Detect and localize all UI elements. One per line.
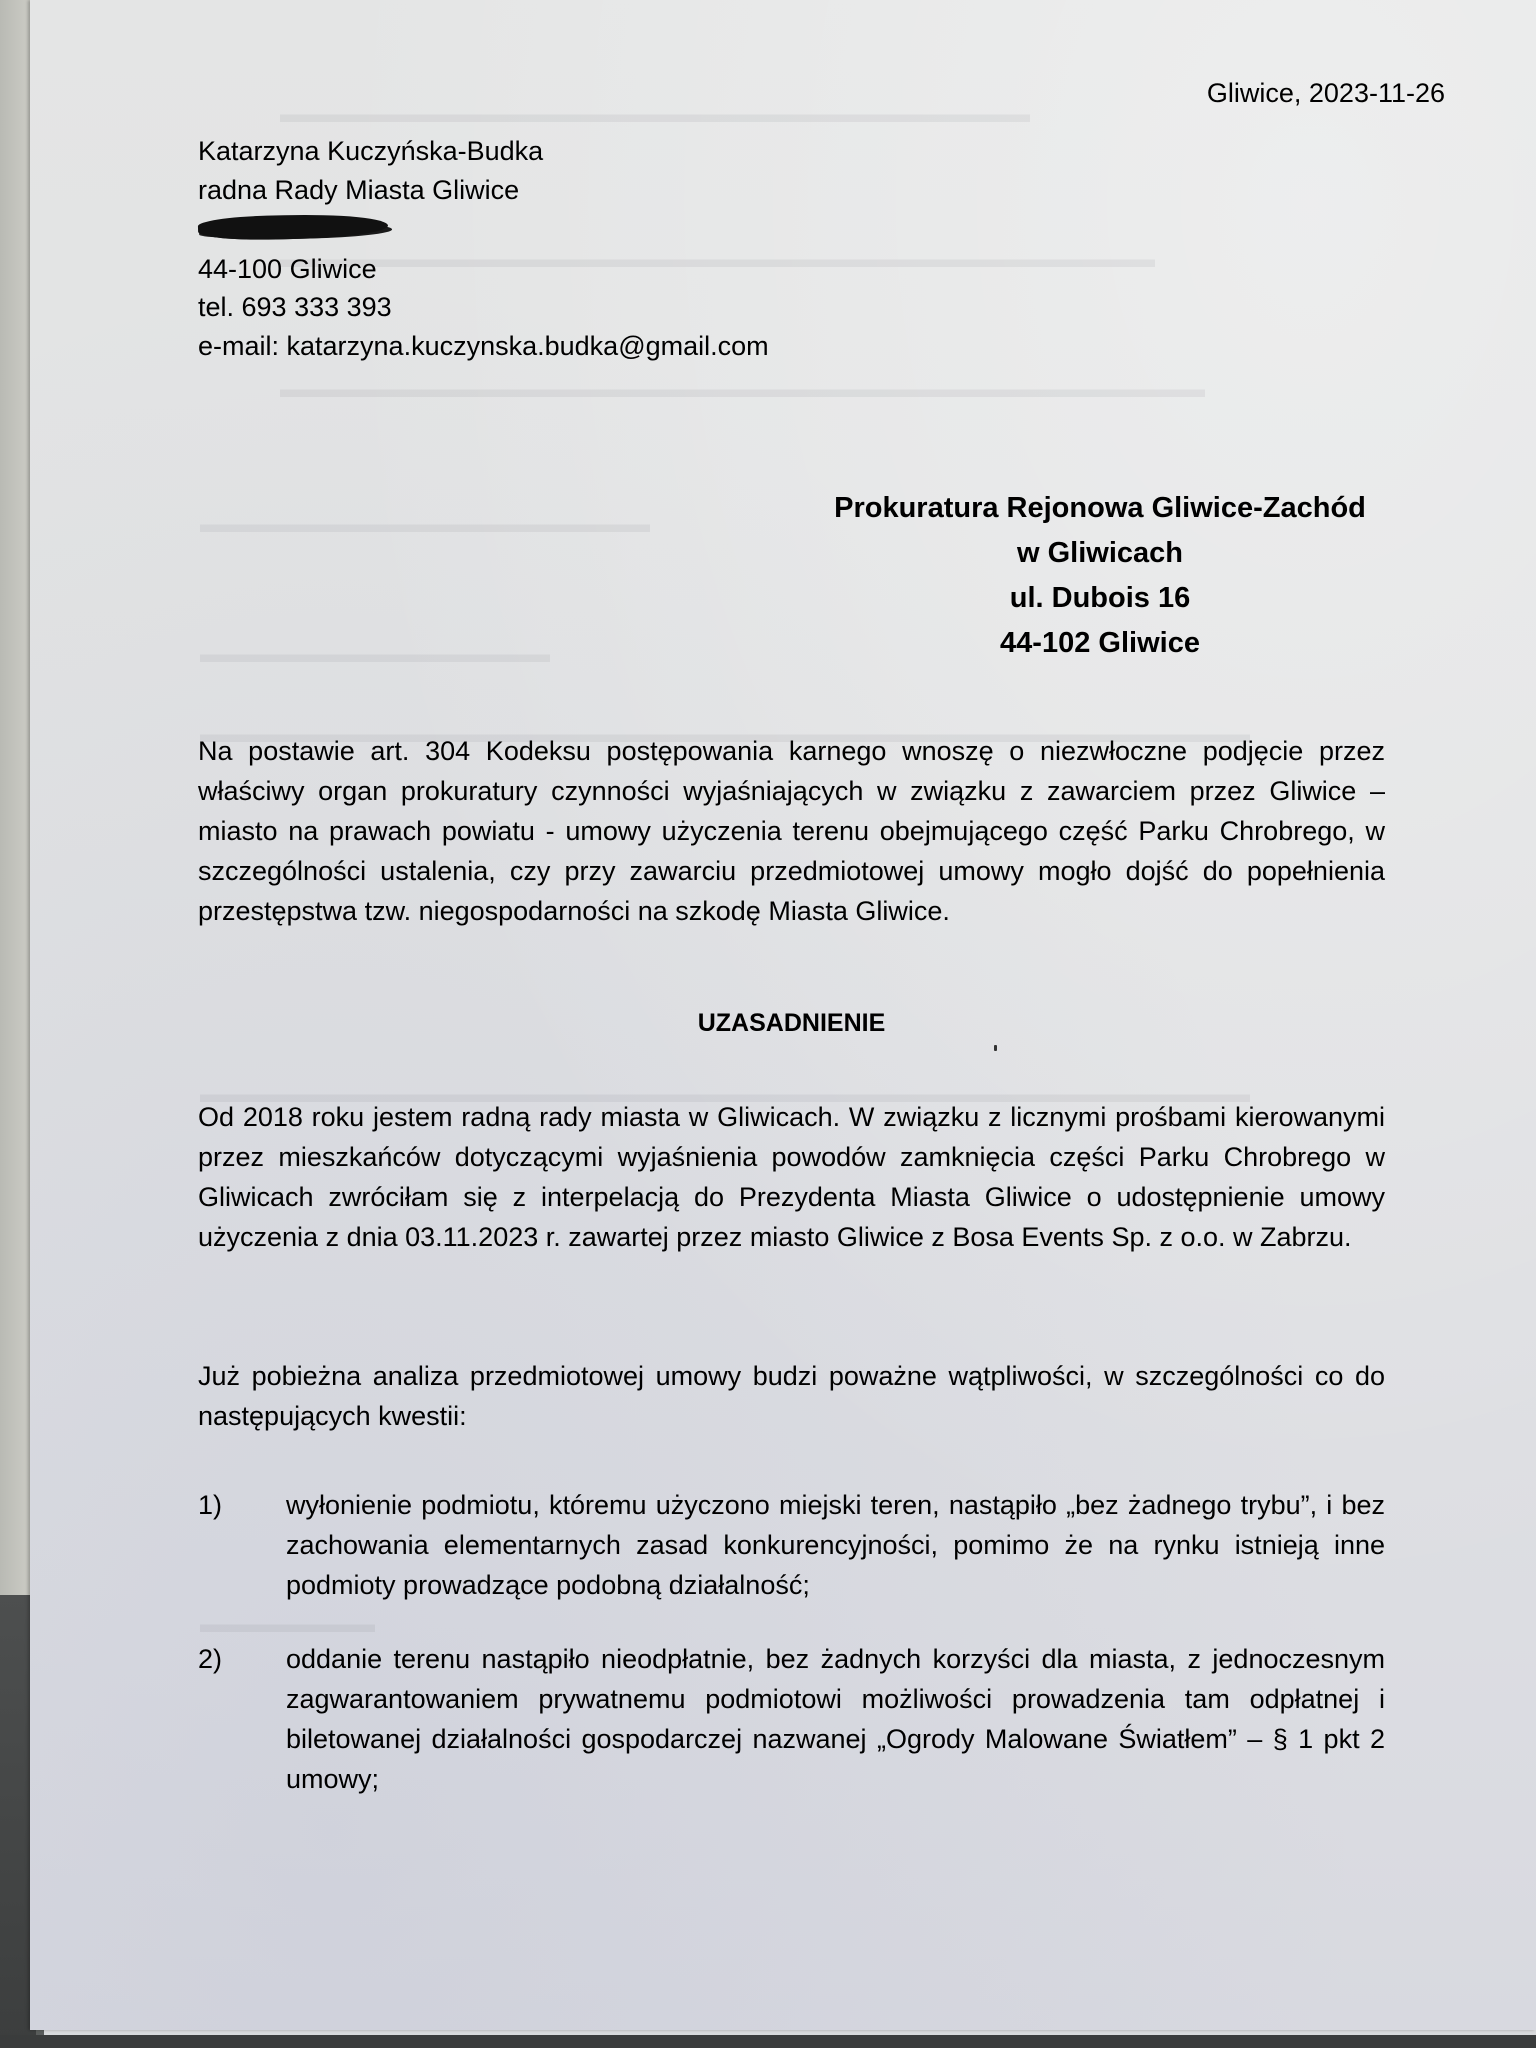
background-bottom — [0, 2035, 1536, 2048]
recipient-line-2: w Gliwicach — [780, 531, 1420, 576]
sender-phone: tel. 693 333 393 — [198, 288, 769, 327]
sender-name: Katarzyna Kuczyńska-Budka — [198, 132, 769, 171]
list-item-text: wyłonienie podmiotu, któremu użyczono mi… — [286, 1485, 1385, 1605]
redaction-scribble — [198, 213, 389, 242]
recipient-line-4: 44-102 Gliwice — [780, 621, 1420, 666]
recipient-line-1: Prokuratura Rejonowa Gliwice-Zachód — [780, 486, 1420, 531]
place-and-date: Gliwice, 2023-11-26 — [1207, 78, 1445, 109]
show-through-text: ▬▬▬▬▬▬▬▬▬▬▬▬▬▬▬▬▬▬▬▬▬▬▬▬▬▬▬▬▬▬ — [280, 100, 1030, 129]
list-item-number: 2) — [126, 1639, 286, 1799]
points-list: 2) oddanie terenu nastąpiło nieodpłatnie… — [198, 1639, 1385, 1799]
list-item-number: 1) — [126, 1485, 286, 1605]
ink-speck — [994, 1045, 997, 1051]
show-through-text: ▬▬▬▬▬▬▬ — [200, 1610, 375, 1639]
sender-block: Katarzyna Kuczyńska-Budka radna Rady Mia… — [198, 132, 769, 365]
intro-paragraph: Na postawie art. 304 Kodeksu postępowani… — [198, 731, 1385, 931]
recipient-line-3: ul. Dubois 16 — [780, 576, 1420, 621]
analysis-paragraph: Już pobieżna analiza przedmiotowej umowy… — [198, 1356, 1385, 1436]
show-through-text: ▬▬▬▬▬▬▬▬▬▬▬▬▬▬▬▬▬▬ — [200, 510, 650, 539]
list-item: 2) oddanie terenu nastąpiło nieodpłatnie… — [198, 1639, 1385, 1799]
sender-street-redacted — [198, 209, 769, 250]
list-item: 1) wyłonienie podmiotu, któremu użyczono… — [198, 1485, 1385, 1605]
recipient-block: Prokuratura Rejonowa Gliwice-Zachód w Gl… — [780, 486, 1420, 666]
section-heading: UZASADNIENIE — [198, 1009, 1385, 1038]
show-through-text: ▬▬▬▬▬▬▬▬▬▬▬▬▬▬▬▬▬▬▬▬▬▬▬▬▬▬▬▬▬▬▬▬▬▬▬▬▬ — [280, 375, 1205, 404]
sender-email: e-mail: katarzyna.kuczynska.budka@gmail.… — [198, 327, 769, 366]
sender-postal-city: 44-100 Gliwice — [198, 250, 769, 289]
list-item-text: oddanie terenu nastąpiło nieodpłatnie, b… — [286, 1639, 1385, 1799]
show-through-text: ▬▬▬▬▬▬▬▬▬▬▬▬▬▬ — [200, 640, 550, 669]
sender-role: radna Rady Miasta Gliwice — [198, 171, 769, 210]
justification-paragraph: Od 2018 roku jestem radną rady miasta w … — [198, 1097, 1385, 1257]
points-list: 1) wyłonienie podmiotu, któremu użyczono… — [198, 1485, 1385, 1605]
